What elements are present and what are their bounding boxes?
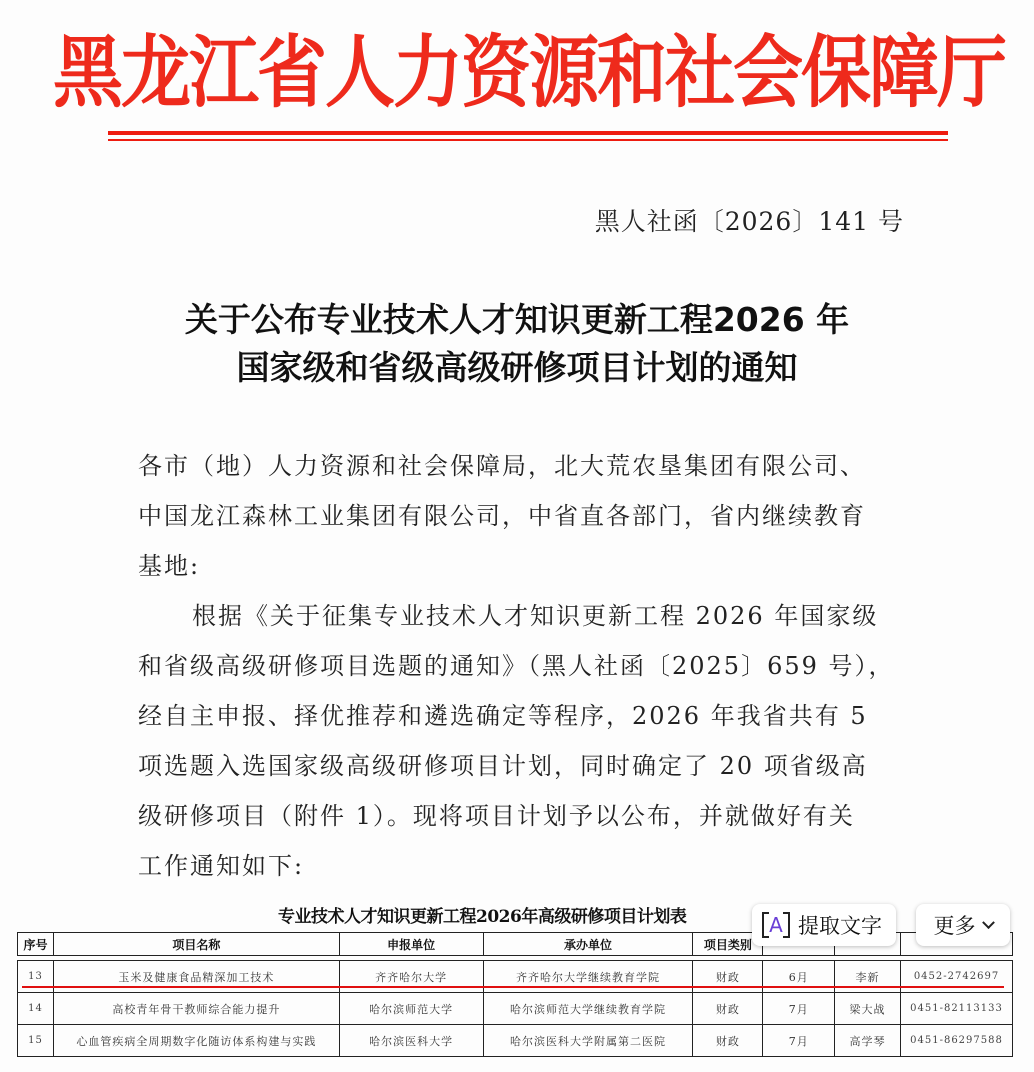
chevron-down-icon bbox=[982, 916, 995, 929]
addressee-line: 各市（地）人力资源和社会保障局，北大荒农垦集团有限公司、 bbox=[138, 441, 913, 491]
cell-applicant: 哈尔滨医科大学 bbox=[339, 1025, 483, 1057]
row-highlight-underline bbox=[22, 986, 1004, 988]
project-plan-table: 序号 项目名称 申报单位 承办单位 项目类别 13 玉米及健康食品精深加工技术 … bbox=[17, 932, 1013, 1057]
cell-contact: 梁大战 bbox=[835, 993, 901, 1025]
text-recognition-icon: A bbox=[762, 912, 790, 938]
cell-phone: 0451-82113133 bbox=[901, 993, 1013, 1025]
title-line-1: 关于公布专业技术人才知识更新工程2026 年 bbox=[0, 296, 1034, 344]
title-line-2: 国家级和省级高级研修项目计划的通知 bbox=[0, 344, 1034, 392]
header-project-name: 项目名称 bbox=[53, 933, 339, 956]
paragraph-line: 工作通知如下: bbox=[138, 841, 913, 891]
more-button[interactable]: 更多 bbox=[916, 904, 1010, 946]
document-title: 关于公布专业技术人才知识更新工程2026 年 国家级和省级高级研修项目计划的通知 bbox=[0, 296, 1034, 392]
paragraph-line: 经自主申报、择优推荐和遴选确定等程序，2026 年我省共有 5 bbox=[138, 691, 913, 741]
cell-type: 财政 bbox=[693, 993, 763, 1025]
letterhead-rule-thick bbox=[108, 131, 948, 135]
paragraph-line: 根据《关于征集专业技术人才知识更新工程 2026 年国家级 bbox=[138, 591, 913, 641]
cell-type: 财政 bbox=[693, 1025, 763, 1057]
cell-month: 7月 bbox=[763, 993, 835, 1025]
table-row: 14 高校青年骨干教师综合能力提升 哈尔滨师范大学 哈尔滨师范大学继续教育学院 … bbox=[18, 993, 1013, 1025]
extract-text-label: 提取文字 bbox=[798, 910, 882, 940]
paragraph-line: 项选题入选国家级高级研修项目计划，同时确定了 20 项省级高 bbox=[138, 741, 913, 791]
header-applicant: 申报单位 bbox=[339, 933, 483, 956]
cell-phone: 0451-86297588 bbox=[901, 1025, 1013, 1057]
paragraph-line: 级研修项目（附件 1）。现将项目计划予以公布，并就做好有关 bbox=[138, 791, 913, 841]
cell-project-name: 高校青年骨干教师综合能力提升 bbox=[53, 993, 339, 1025]
header-host: 承办单位 bbox=[483, 933, 693, 956]
cell-contact: 高学琴 bbox=[835, 1025, 901, 1057]
cell-no: 14 bbox=[18, 993, 54, 1025]
letterhead-org-name: 黑龙江省人力资源和社会保障厅 bbox=[0, 28, 1034, 118]
cell-project-name: 心血管疾病全周期数字化随访体系构建与实践 bbox=[53, 1025, 339, 1057]
body-paragraph: 根据《关于征集专业技术人才知识更新工程 2026 年国家级 和省级高级研修项目选… bbox=[138, 591, 913, 891]
cell-month: 7月 bbox=[763, 1025, 835, 1057]
more-label: 更多 bbox=[934, 910, 976, 940]
addressee-line: 中国龙江森林工业集团有限公司，中省直各部门，省内继续教育 bbox=[138, 491, 913, 541]
letterhead-rule-thin bbox=[108, 139, 948, 141]
header-no: 序号 bbox=[18, 933, 54, 956]
cell-no: 15 bbox=[18, 1025, 54, 1057]
document-number: 黑人社函〔2026〕141 号 bbox=[595, 202, 904, 238]
table-row: 15 心血管疾病全周期数字化随访体系构建与实践 哈尔滨医科大学 哈尔滨医科大学附… bbox=[18, 1025, 1013, 1057]
table-caption: 专业技术人才知识更新工程2026年高级研修项目计划表 bbox=[278, 902, 686, 927]
paragraph-line: 和省级高级研修项目选题的通知》（黑人社函〔2025〕659 号）， bbox=[138, 641, 913, 691]
extract-text-button[interactable]: A 提取文字 bbox=[752, 904, 896, 946]
cell-host: 哈尔滨师范大学继续教育学院 bbox=[483, 993, 693, 1025]
addressee-block: 各市（地）人力资源和社会保障局，北大荒农垦集团有限公司、 中国龙江森林工业集团有… bbox=[138, 441, 913, 591]
cell-host: 哈尔滨医科大学附属第二医院 bbox=[483, 1025, 693, 1057]
document-page: 黑龙江省人力资源和社会保障厅 黑人社函〔2026〕141 号 关于公布专业技术人… bbox=[0, 0, 1034, 1072]
cell-applicant: 哈尔滨师范大学 bbox=[339, 993, 483, 1025]
addressee-line: 基地: bbox=[138, 541, 913, 591]
